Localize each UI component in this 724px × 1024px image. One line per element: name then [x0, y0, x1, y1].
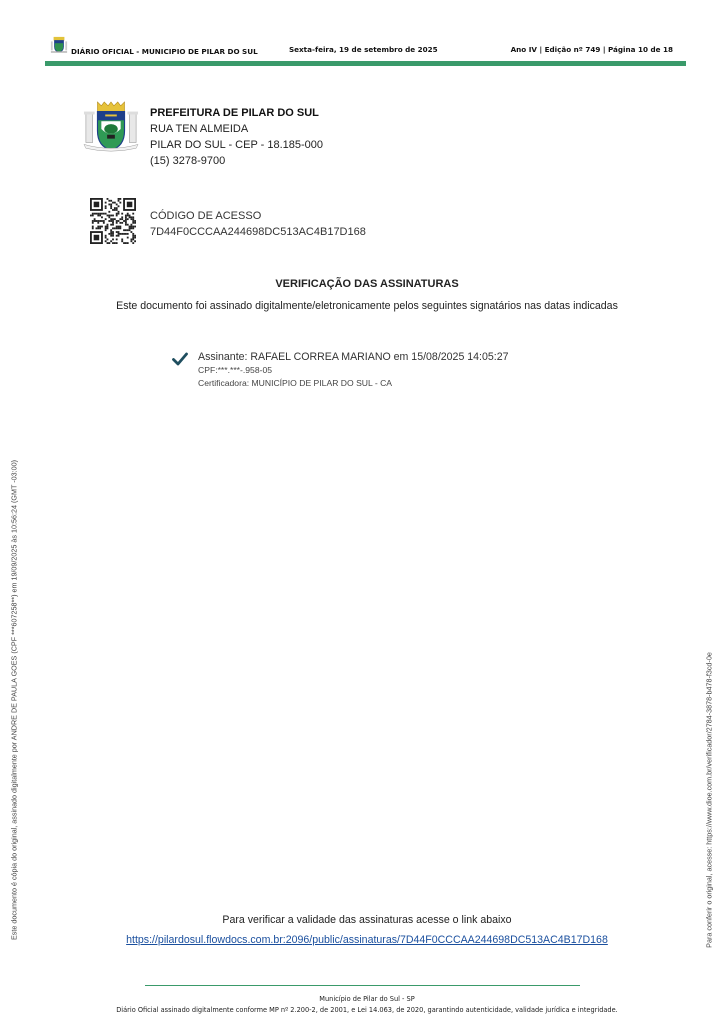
municipal-crest-icon: [50, 36, 68, 54]
access-code-label: CÓDIGO DE ACESSO: [150, 208, 366, 224]
publication-date: Sexta-feira, 19 de setembro de 2025: [289, 45, 438, 54]
signer-cpf: CPF:***.***-.958-05: [198, 364, 509, 377]
header-divider: [45, 61, 686, 66]
organization-city: PILAR DO SUL - CEP - 18.185-000: [150, 137, 323, 153]
verification-link[interactable]: https://pilardosul.flowdocs.com.br:2096/…: [126, 934, 608, 946]
organization-name: PREFEITURA DE PILAR DO SUL: [150, 105, 323, 121]
verification-title: VERIFICAÇÃO DAS ASSINATURAS: [0, 278, 724, 290]
left-margin-signature-note: Este documento é cópia do original, assi…: [10, 460, 19, 940]
verification-instructions: Para verificar a validade das assinatura…: [0, 914, 724, 926]
signer-name: Assinante: RAFAEL CORREA MARIANO em 15/0…: [198, 350, 509, 364]
checkmark-icon: [172, 352, 188, 366]
signer-certifier: Certificadora: MUNICÍPIO DE PILAR DO SUL…: [198, 377, 509, 390]
footer-divider: [145, 985, 580, 986]
verification-description: Este documento foi assinado digitalmente…: [0, 300, 724, 312]
organization-phone: (15) 3278-9700: [150, 153, 323, 169]
edition-info: Ano IV | Edição nº 749 | Página 10 de 18: [511, 45, 673, 54]
organization-street: RUA TEN ALMEIDA: [150, 121, 323, 137]
qr-code-icon: [90, 198, 136, 244]
footer-municipality: Município de Pilar do Sul - SP: [0, 995, 724, 1003]
access-code-value: 7D44F0CCCAA244698DC513AC4B17D168: [150, 224, 366, 240]
gazette-title: DIÁRIO OFICIAL - MUNICIPIO DE PILAR DO S…: [71, 47, 258, 56]
right-margin-verification-note: Para conferir o original, acesse: https:…: [705, 652, 714, 948]
footer-legal-notice: Diário Oficial assinado digitalmente con…: [0, 1006, 724, 1014]
municipal-crest-icon: [82, 100, 140, 156]
page-header: DIÁRIO OFICIAL - MUNICIPIO DE PILAR DO S…: [45, 34, 685, 66]
